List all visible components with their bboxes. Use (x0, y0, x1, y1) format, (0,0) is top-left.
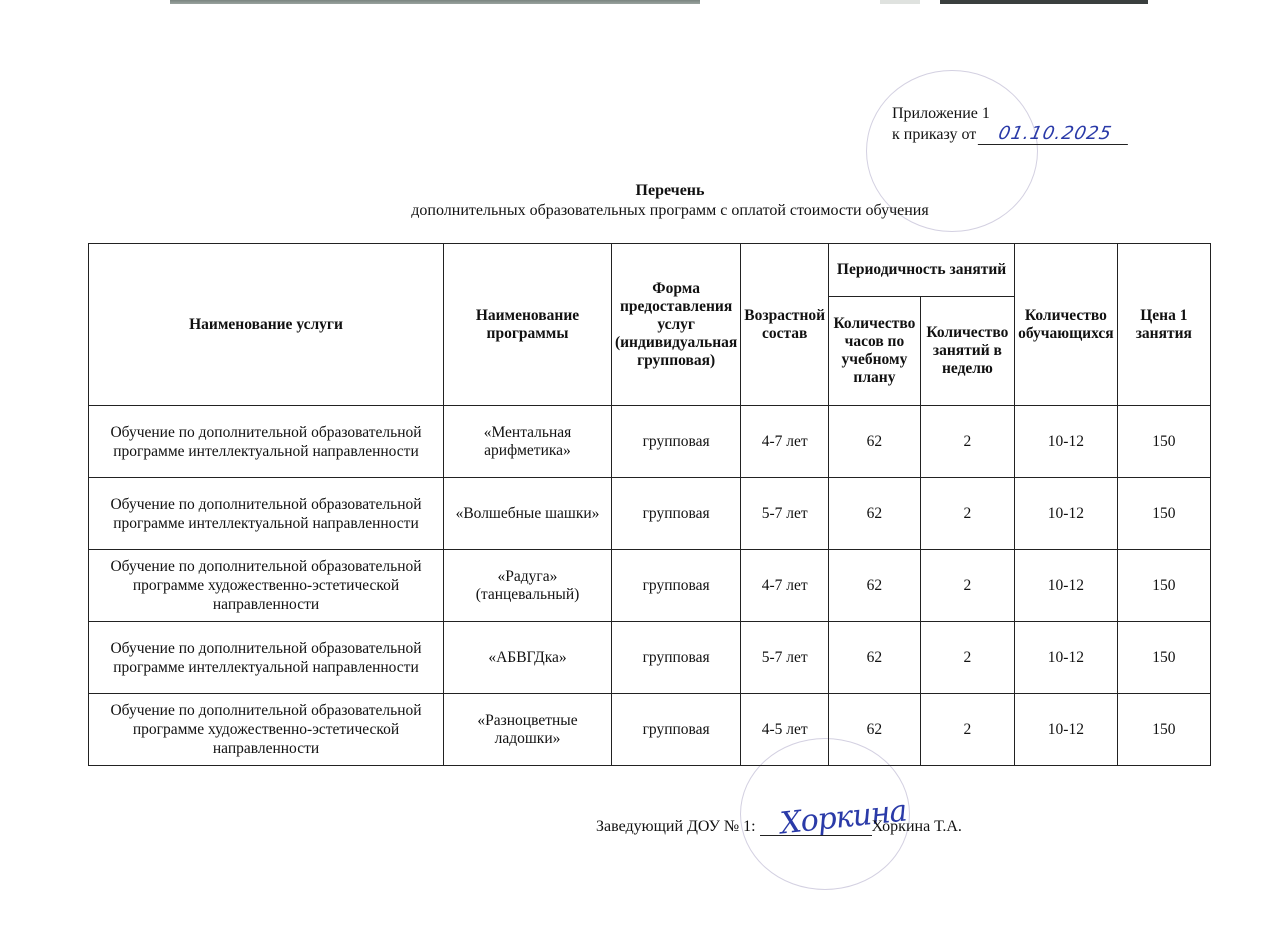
cell-price: 150 (1117, 478, 1210, 550)
cell-students: 10-12 (1015, 550, 1118, 622)
cell-price: 150 (1117, 406, 1210, 478)
table-row: Обучение по дополнительной образовательн… (89, 478, 1211, 550)
cell-students: 10-12 (1015, 622, 1118, 694)
appendix-date: 01.10.2025 (978, 124, 1132, 145)
header-hours: Количество часов по учебному плану (829, 297, 921, 406)
cell-per-week: 2 (920, 406, 1014, 478)
table-row: Обучение по дополнительной образовательн… (89, 550, 1211, 622)
cell-per-week: 2 (920, 478, 1014, 550)
cell-per-week: 2 (920, 622, 1014, 694)
cell-hours: 62 (829, 694, 921, 766)
appendix-line1: Приложение 1 (892, 104, 1130, 124)
cell-form: групповая (611, 406, 740, 478)
cell-per-week: 2 (920, 694, 1014, 766)
table-row: Обучение по дополнительной образовательн… (89, 406, 1211, 478)
appendix-block: Приложение 1 к приказу от 01.10.2025 (892, 104, 1130, 145)
table-row: Обучение по дополнительной образовательн… (89, 622, 1211, 694)
cell-program: «Ментальная арифметика» (444, 406, 612, 478)
cell-service: Обучение по дополнительной образовательн… (89, 622, 444, 694)
cell-program: «Радуга» (танцевальный) (444, 550, 612, 622)
header-per-week: Количество занятий в неделю (920, 297, 1014, 406)
cell-age: 4-5 лет (741, 694, 829, 766)
cell-students: 10-12 (1015, 694, 1118, 766)
programs-table: Наименование услуги Наименование програм… (88, 243, 1211, 766)
header-students: Количество обучающихся (1015, 244, 1118, 406)
cell-age: 4-7 лет (741, 550, 829, 622)
cell-program: «Волшебные шашки» (444, 478, 612, 550)
cell-age: 5-7 лет (741, 478, 829, 550)
document-title: Перечень дополнительных образовательных … (0, 181, 1280, 221)
header-form: Форма предоставления услуг (индивидуальн… (611, 244, 740, 406)
header-periodicity: Периодичность занятий (829, 244, 1015, 297)
signature-label: Заведующий ДОУ № 1: (596, 818, 756, 835)
scan-edge-mid (880, 0, 920, 4)
table-row: Обучение по дополнительной образовательн… (89, 694, 1211, 766)
cell-hours: 62 (829, 622, 921, 694)
cell-age: 4-7 лет (741, 406, 829, 478)
title-subheading: дополнительных образовательных программ … (0, 201, 1280, 221)
cell-hours: 62 (829, 478, 921, 550)
cell-form: групповая (611, 622, 740, 694)
signature-line: Заведующий ДОУ № 1: Хоркина Т.А. (596, 818, 962, 836)
cell-form: групповая (611, 550, 740, 622)
cell-form: групповая (611, 478, 740, 550)
cell-program: «Разноцветные ладошки» (444, 694, 612, 766)
cell-service: Обучение по дополнительной образовательн… (89, 478, 444, 550)
cell-per-week: 2 (920, 550, 1014, 622)
cell-price: 150 (1117, 694, 1210, 766)
scan-edge-right (940, 0, 1148, 4)
cell-hours: 62 (829, 406, 921, 478)
appendix-order-prefix: к приказу от (892, 126, 976, 143)
header-price: Цена 1 занятия (1117, 244, 1210, 406)
scan-edge-left (170, 0, 700, 4)
cell-students: 10-12 (1015, 406, 1118, 478)
cell-age: 5-7 лет (741, 622, 829, 694)
cell-program: «АБВГДка» (444, 622, 612, 694)
signature-blank (760, 819, 872, 836)
title-heading: Перечень (0, 181, 1280, 201)
cell-service: Обучение по дополнительной образовательн… (89, 406, 444, 478)
cell-service: Обучение по дополнительной образовательн… (89, 550, 444, 622)
cell-form: групповая (611, 694, 740, 766)
header-age: Возрастной состав (741, 244, 829, 406)
cell-students: 10-12 (1015, 478, 1118, 550)
header-program: Наименование программы (444, 244, 612, 406)
cell-price: 150 (1117, 622, 1210, 694)
header-service: Наименование услуги (89, 244, 444, 406)
cell-hours: 62 (829, 550, 921, 622)
cell-service: Обучение по дополнительной образовательн… (89, 694, 444, 766)
cell-price: 150 (1117, 550, 1210, 622)
signature-name: Хоркина Т.А. (872, 818, 962, 835)
